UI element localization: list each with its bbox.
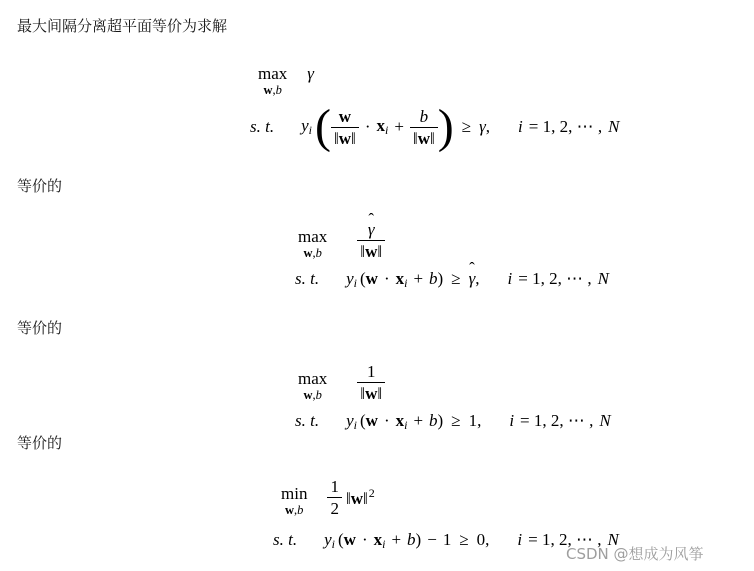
number-one: 1 (469, 411, 478, 430)
hat-accent: ˆ (368, 211, 374, 228)
hat-accent: ˆ (469, 260, 475, 277)
norm-bar: ‖ (430, 129, 435, 148)
big-left-paren: ( (315, 103, 331, 151)
subject-to-label: s. t. (250, 117, 274, 137)
fraction-numerator: b (417, 107, 432, 127)
min-operator: minw,b (281, 485, 307, 517)
vector-w: w (344, 530, 356, 549)
formula-4: minw,b 12 ‖w‖2 s. t. yi (w·xi+b) − 1 ≥ 0… (273, 477, 619, 552)
minus-operator: − (427, 530, 437, 550)
number-one: 1 (443, 530, 452, 550)
operator-name: max (298, 370, 327, 388)
index-range: i= 1, 2, ⋯ ,N (518, 117, 619, 137)
operator-subscript: w,b (285, 503, 303, 517)
comma: , (486, 117, 490, 136)
max-operator: maxw,b (258, 65, 287, 97)
fraction-one-half: 12 (327, 477, 342, 518)
objective-gamma: γ (307, 64, 314, 84)
index-i: i (508, 269, 513, 288)
geq-relation: ≥ (462, 117, 471, 137)
index-i: i (517, 530, 522, 549)
formula-2-constraint: s. t. yi (w·xi+b) ≥ ˆγ, i= 1, 2, ⋯ ,N (295, 269, 609, 291)
right-paren: ) (438, 269, 444, 288)
vector-w: w (351, 489, 363, 508)
y-sub-i: yi (324, 530, 335, 552)
norm-w-squared: ‖w‖2 (346, 486, 375, 509)
fraction-numerator: w (336, 107, 354, 127)
formula-3: maxw,b 1‖w‖ s. t. yi (w·xi+b) ≥ 1, i= 1,… (295, 362, 611, 433)
gamma-hat: ˆγ (469, 269, 476, 289)
right-paren: ) (438, 411, 444, 430)
var-y: y (346, 411, 354, 430)
vector-w: w (365, 242, 377, 261)
fraction-gammahat-over-norm-w: ˆγ‖w‖ (357, 220, 385, 261)
fraction-denominator: 2 (327, 497, 342, 518)
fraction-w-over-norm-w: w‖w‖ (331, 107, 359, 148)
index-i: i (509, 411, 514, 430)
max-operator: maxw,b (298, 370, 327, 402)
gamma-hat: ˆγ (368, 220, 375, 239)
y-sub-i: yi (301, 116, 312, 138)
vector-x: x (396, 411, 405, 430)
equivalence-label-1: 等价的 (17, 175, 62, 196)
paren-expression: (w·xi+b) (360, 269, 443, 291)
vector-x: x (374, 530, 383, 549)
subject-to-label: s. t. (295, 269, 319, 289)
comma: , (475, 269, 479, 288)
dot-operator: · (365, 117, 371, 137)
y-sub-i: yi (346, 411, 357, 433)
index-i: i (404, 276, 407, 290)
formula-1: maxw,b γ s. t. yi ( w‖w‖ · xi + b‖w‖ ) ≥… (250, 64, 619, 151)
geq-relation: ≥ (451, 269, 460, 289)
vector-x: x (396, 269, 405, 288)
formula-1-objective: maxw,b γ (250, 64, 619, 97)
formula-2: maxw,b ˆγ‖w‖ s. t. yi (w·xi+b) ≥ ˆγ, i= … (295, 220, 609, 291)
fraction-numerator: 1 (364, 362, 379, 382)
subject-to-label: s. t. (273, 530, 297, 550)
fraction-denominator: ‖w‖ (410, 127, 438, 148)
var-y: y (346, 269, 354, 288)
fraction-one-over-norm-w: 1‖w‖ (357, 362, 385, 403)
formula-1-constraint: s. t. yi ( w‖w‖ · xi + b‖w‖ ) ≥ γ, i= 1,… (250, 103, 619, 151)
index-i: i (354, 418, 357, 432)
operator-subscript: w,b (303, 246, 321, 260)
var-b: b (429, 411, 438, 430)
plus-operator: + (413, 269, 423, 288)
vector-w: w (366, 411, 378, 430)
number-zero: 0 (477, 530, 486, 549)
plus-operator: + (391, 530, 401, 549)
fraction-denominator: ‖w‖ (331, 127, 359, 148)
norm-bar: ‖ (377, 384, 382, 403)
var-y: y (301, 116, 309, 135)
page-title: 最大间隔分离超平面等价为求解 (17, 15, 227, 36)
vector-w: w (366, 269, 378, 288)
equivalence-label-3: 等价的 (17, 432, 62, 453)
dot-operator: · (362, 530, 368, 549)
var-b: b (316, 246, 322, 260)
fraction-b-over-norm-w: b‖w‖ (410, 107, 438, 148)
dot-operator: · (384, 411, 390, 430)
vector-w: w (285, 503, 294, 517)
gammahat-comma: ˆγ, (469, 269, 480, 289)
fraction-numerator: 1 (327, 477, 342, 497)
var-N: N (598, 269, 609, 288)
comma: , (485, 530, 489, 549)
formula-3-constraint: s. t. yi (w·xi+b) ≥ 1, i= 1, 2, ⋯ ,N (295, 411, 611, 433)
y-sub-i: yi (346, 269, 357, 291)
paren-expression: (w·xi+b) (360, 411, 443, 433)
vector-w: w (339, 107, 351, 126)
document-page: 最大间隔分离超平面等价为求解 maxw,b γ s. t. yi ( w‖w‖ … (0, 0, 754, 571)
geq-relation: ≥ (459, 530, 468, 550)
range-values: = 1, 2, ⋯ , (520, 411, 593, 430)
right-paren: ) (416, 530, 422, 549)
subject-to-label: s. t. (295, 411, 319, 431)
index-i: i (382, 537, 385, 551)
range-values: = 1, 2, ⋯ , (518, 269, 591, 288)
fraction-numerator: ˆγ (365, 220, 378, 240)
var-b: b (407, 530, 416, 549)
operator-name: min (281, 485, 307, 503)
index-i: i (404, 418, 407, 432)
fraction-denominator: ‖w‖ (357, 240, 385, 261)
operator-subscript: w,b (303, 388, 321, 402)
max-operator: maxw,b (298, 228, 327, 260)
range-values: = 1, 2, ⋯ , (529, 117, 602, 136)
exponent-two: 2 (369, 486, 375, 500)
var-y: y (324, 530, 332, 549)
big-right-paren: ) (438, 103, 454, 151)
index-range: i= 1, 2, ⋯ ,N (509, 411, 610, 431)
index-i: i (354, 276, 357, 290)
formula-3-objective: maxw,b 1‖w‖ (295, 362, 611, 403)
x-sub-i: xi (376, 116, 388, 138)
var-gamma: γ (479, 117, 486, 136)
zero-comma: 0, (477, 530, 490, 550)
vector-x: x (376, 116, 385, 135)
plus-operator: + (394, 117, 404, 137)
dot-operator: · (384, 269, 390, 288)
norm-bar: ‖ (377, 242, 382, 261)
operator-subscript: w,b (263, 83, 281, 97)
norm-bar: ‖ (363, 489, 368, 508)
formula-4-objective: minw,b 12 ‖w‖2 (273, 477, 619, 518)
var-N: N (608, 117, 619, 136)
paren-expression: (w·xi+b) (338, 530, 421, 552)
norm-bar: ‖ (351, 129, 356, 148)
index-i: i (309, 123, 312, 137)
comma: , (477, 411, 481, 430)
vector-w: w (418, 129, 430, 148)
formula-2-objective: maxw,b ˆγ‖w‖ (295, 220, 609, 261)
vector-w: w (365, 384, 377, 403)
equivalence-label-2: 等价的 (17, 317, 62, 338)
gamma-comma: γ, (479, 117, 490, 137)
one-comma: 1, (469, 411, 482, 431)
csdn-watermark: CSDN @想成为风筝 (566, 543, 704, 564)
index-range: i= 1, 2, ⋯ ,N (508, 269, 609, 289)
var-b: b (276, 83, 282, 97)
var-b: b (297, 503, 303, 517)
vector-w: w (339, 129, 351, 148)
index-i: i (332, 537, 335, 551)
operator-name: max (258, 65, 287, 83)
var-N: N (599, 411, 610, 430)
plus-operator: + (413, 411, 423, 430)
var-b: b (429, 269, 438, 288)
var-b: b (316, 388, 322, 402)
index-i: i (518, 117, 523, 136)
index-i: i (385, 123, 388, 137)
var-b: b (420, 107, 429, 126)
geq-relation: ≥ (451, 411, 460, 431)
fraction-denominator: ‖w‖ (357, 382, 385, 403)
operator-name: max (298, 228, 327, 246)
